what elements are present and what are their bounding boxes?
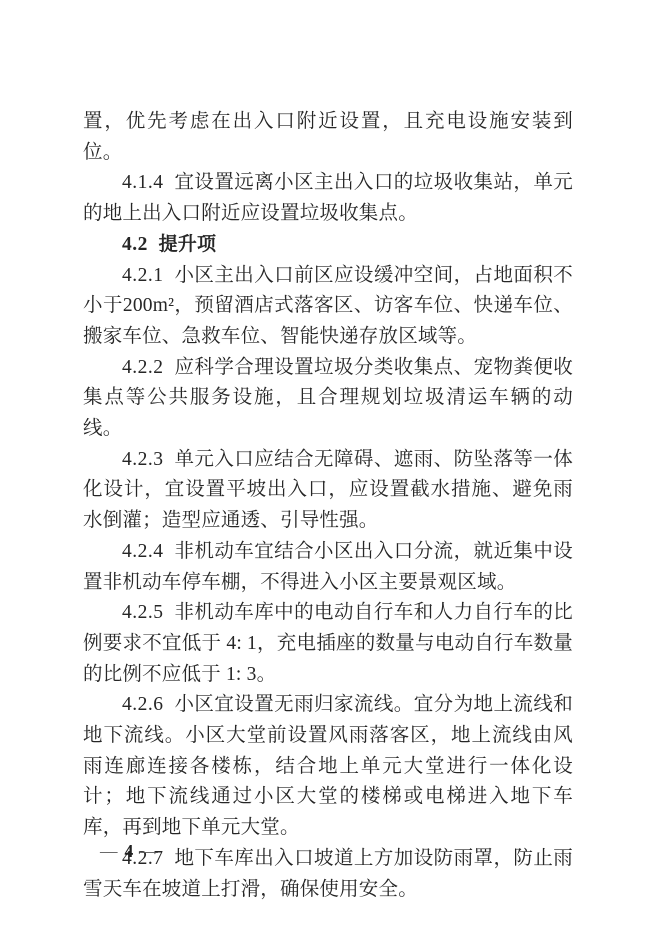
clause-number: 4.2.6: [122, 694, 164, 715]
section-heading-4-2: 4.2提升项: [83, 230, 573, 261]
clause-4-2-1: 4.2.1小区主出入口前区应设缓冲空间，占地面积不小于200m²，预留酒店式落客…: [83, 261, 573, 353]
clause-number: 4.1.4: [122, 172, 164, 193]
clause-number: 4.2.3: [122, 449, 164, 470]
clause-number: 4.2.1: [122, 265, 164, 286]
clause-4-2-3: 4.2.3单元入口应结合无障碍、遮雨、防坠落等一体化设计，宜设置平坡出入口，应设…: [83, 445, 573, 537]
section-number: 4.2: [122, 234, 148, 255]
clause-4-2-2: 4.2.2应科学合理设置垃圾分类收集点、宠物粪便收集点等公共服务设施，且合理规划…: [83, 353, 573, 445]
page-number-footer: —4—: [100, 841, 158, 862]
clause-4-2-5: 4.2.5非机动车库中的电动自行车和人力自行车的比例要求不宜低于 4: 1，充电…: [83, 598, 573, 690]
paragraph-text: 置，优先考虑在出入口附近设置，且充电设施安装到位。: [83, 111, 573, 163]
clause-number: 4.2.2: [122, 357, 164, 378]
document-text-block: 置，优先考虑在出入口附近设置，且充电设施安装到位。 4.1.4宜设置远离小区主出…: [83, 107, 573, 905]
clause-4-2-6: 4.2.6小区宜设置无雨归家流线。宜分为地上流线和地下流线。小区大堂前设置风雨落…: [83, 690, 573, 844]
clause-text: 小区宜设置无雨归家流线。宜分为地上流线和地下流线。小区大堂前设置风雨落客区，地上…: [83, 694, 573, 838]
footer-page-number: 4: [118, 841, 141, 861]
clause-number: 4.2.5: [122, 602, 164, 623]
footer-left-dash: —: [100, 841, 118, 861]
document-page: 置，优先考虑在出入口附近设置，且充电设施安装到位。 4.1.4宜设置远离小区主出…: [0, 0, 661, 935]
paragraph-continuation: 置，优先考虑在出入口附近设置，且充电设施安装到位。: [83, 107, 573, 168]
clause-4-2-4: 4.2.4非机动车宜结合小区出入口分流，就近集中设置非机动车停车棚，不得进入小区…: [83, 537, 573, 598]
clause-number: 4.2.4: [122, 541, 164, 562]
footer-right-dash: —: [140, 841, 158, 861]
clause-4-1-4: 4.1.4宜设置远离小区主出入口的垃圾收集站，单元的地上出入口附近应设置垃圾收集…: [83, 168, 573, 229]
section-title: 提升项: [159, 234, 217, 255]
